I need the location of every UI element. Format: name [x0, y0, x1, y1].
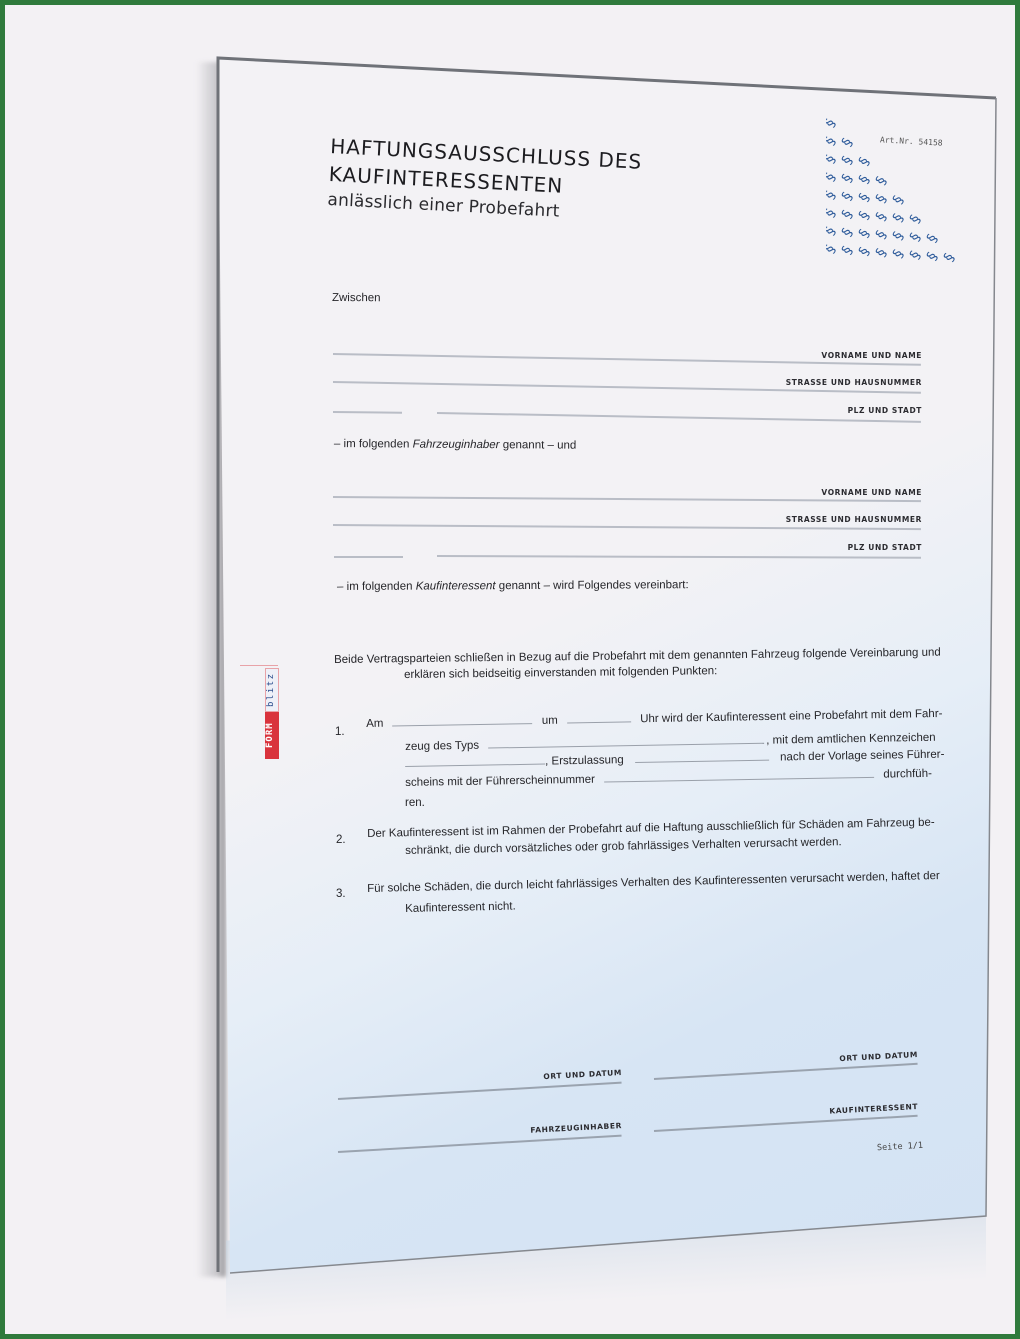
text-kennzeichen: , mit dem amtlichen Kennzeichen: [766, 732, 936, 747]
text-erstzulassung: , Erstzulassung: [545, 754, 624, 767]
text-durchfuehren: durchfüh-: [883, 768, 932, 781]
role-suffix: genannt – wird Folgendes vereinbart:: [496, 579, 689, 592]
point-3-line-2: Kaufinteressent nicht.: [405, 899, 516, 916]
svg-text:§: §: [907, 230, 925, 245]
party1-street-label: STRASSE UND HAUSNUMMER: [786, 378, 922, 387]
text-typ: zeug des Typs: [405, 740, 479, 753]
svg-text:§: §: [856, 226, 874, 241]
point-1-line-1: Am um Uhr wird der Kaufinteressent eine …: [366, 706, 943, 731]
text-fuehrerschein: scheins mit der Führerscheinnummer: [405, 774, 595, 789]
page-number: Seite 1/1: [877, 1141, 924, 1154]
svg-text:§: §: [856, 244, 874, 259]
svg-text:§: §: [839, 207, 857, 222]
vehicle-type-field[interactable]: [488, 733, 764, 749]
signature-right-party-field[interactable]: [654, 1115, 918, 1132]
svg-text:§: §: [941, 250, 959, 265]
svg-text:§: §: [907, 212, 925, 227]
party2-role: – im folgenden Kaufinteressent genannt –…: [337, 578, 689, 594]
party2-city-field[interactable]: [437, 555, 921, 558]
point-3-number: 3.: [336, 888, 346, 900]
point-3-line-1: Für solche Schäden, die durch leicht fah…: [367, 869, 940, 896]
svg-text:§: §: [826, 188, 840, 203]
svg-text:§: §: [873, 173, 891, 188]
signature-left-date-field[interactable]: [338, 1082, 622, 1100]
svg-text:§: §: [907, 248, 925, 263]
role-prefix: – im folgenden: [334, 438, 413, 451]
signature-right-date-field[interactable]: [654, 1063, 918, 1080]
point-2-number: 2.: [336, 834, 346, 846]
role-name: Kaufinteressent: [416, 580, 496, 592]
document-title: HAFTUNGSAUSSCHLUSS DES KAUFINTERESSENTEN…: [327, 132, 643, 228]
svg-text:§: §: [890, 246, 908, 261]
brand-blitz: blitz: [265, 668, 279, 712]
svg-text:§: §: [839, 135, 857, 150]
between-label: Zwischen: [332, 291, 381, 305]
svg-text:§: §: [826, 152, 840, 167]
svg-text:§: §: [924, 231, 942, 246]
svg-text:§: §: [873, 227, 891, 242]
svg-text:§: §: [839, 153, 857, 168]
svg-text:§: §: [839, 225, 857, 240]
signature-right-party-label: KAUFINTERESSENT: [829, 1102, 918, 1116]
brand-form: FORM: [265, 712, 279, 759]
time-field[interactable]: [567, 711, 631, 723]
text-am: Am: [366, 718, 383, 730]
svg-text:§: §: [839, 243, 857, 258]
svg-text:§: §: [826, 134, 840, 149]
party2-name-label: VORNAME UND NAME: [821, 488, 922, 497]
svg-text:§: §: [826, 170, 840, 185]
svg-text:§: §: [890, 210, 908, 225]
license-number-field[interactable]: [604, 767, 874, 783]
svg-text:§: §: [826, 206, 840, 221]
text-uhr: Uhr wird der Kaufinteressent eine Probef…: [640, 708, 942, 725]
svg-text:§: §: [873, 245, 891, 260]
party1-role: – im folgenden Fahrzeuginhaber genannt –…: [334, 437, 576, 453]
svg-text:§: §: [839, 171, 857, 186]
signature-left-date-label: ORT UND DATUM: [543, 1068, 622, 1081]
date-field[interactable]: [392, 713, 532, 726]
paragraph-pattern-icon: §§§§§§§§§§§§§§§§§§§§§§§§§§§§§§§§§§§§: [826, 115, 971, 275]
role-suffix: genannt – und: [499, 439, 576, 452]
point-1-number: 1.: [335, 726, 345, 738]
party1-city-label: PLZ UND STADT: [848, 406, 922, 415]
signature-right-date-label: ORT UND DATUM: [839, 1050, 918, 1063]
intro-line-2: erklären sich beidseitig einverstanden m…: [404, 664, 717, 682]
svg-text:§: §: [839, 189, 857, 204]
svg-text:§: §: [856, 172, 874, 187]
svg-text:§: §: [890, 192, 908, 207]
svg-text:§: §: [890, 228, 908, 243]
svg-text:§: §: [826, 116, 840, 131]
intro-line-1: Beide Vertragsparteien schließen in Bezu…: [334, 646, 941, 667]
formblitz-logo: FORM blitz: [265, 666, 279, 759]
signature-left-party-field[interactable]: [338, 1135, 622, 1153]
party2-zip-field[interactable]: [334, 556, 403, 558]
party2-street-field[interactable]: [333, 524, 921, 530]
document-page: HAFTUNGSAUSSCHLUSS DES KAUFINTERESSENTEN…: [0, 0, 1020, 1339]
svg-text:§: §: [856, 208, 874, 223]
party2-street-label: STRASSE UND HAUSNUMMER: [786, 515, 922, 524]
svg-text:§: §: [873, 209, 891, 224]
party1-zip-field[interactable]: [333, 411, 402, 413]
party1-name-label: VORNAME UND NAME: [821, 351, 922, 360]
license-plate-field[interactable]: [405, 754, 545, 767]
svg-text:§: §: [856, 190, 874, 205]
svg-text:§: §: [826, 242, 840, 257]
svg-text:§: §: [856, 154, 874, 169]
svg-text:§: §: [873, 191, 891, 206]
svg-text:§: §: [826, 224, 840, 239]
point-1-line-5: ren.: [405, 796, 425, 810]
text-um: um: [542, 715, 558, 727]
party2-city-label: PLZ UND STADT: [848, 543, 922, 552]
svg-text:§: §: [924, 249, 942, 264]
text-vorlage: nach der Vorlage seines Führer-: [780, 749, 944, 764]
brand-rule: [240, 665, 278, 666]
role-name: Fahrzeuginhaber: [413, 439, 500, 452]
signature-left-party-label: FAHRZEUGINHABER: [530, 1121, 622, 1135]
role-prefix: – im folgenden: [337, 581, 416, 593]
first-registration-field[interactable]: [635, 750, 769, 763]
point-2-line-1: Der Kaufinteressent ist im Rahmen der Pr…: [367, 816, 935, 841]
